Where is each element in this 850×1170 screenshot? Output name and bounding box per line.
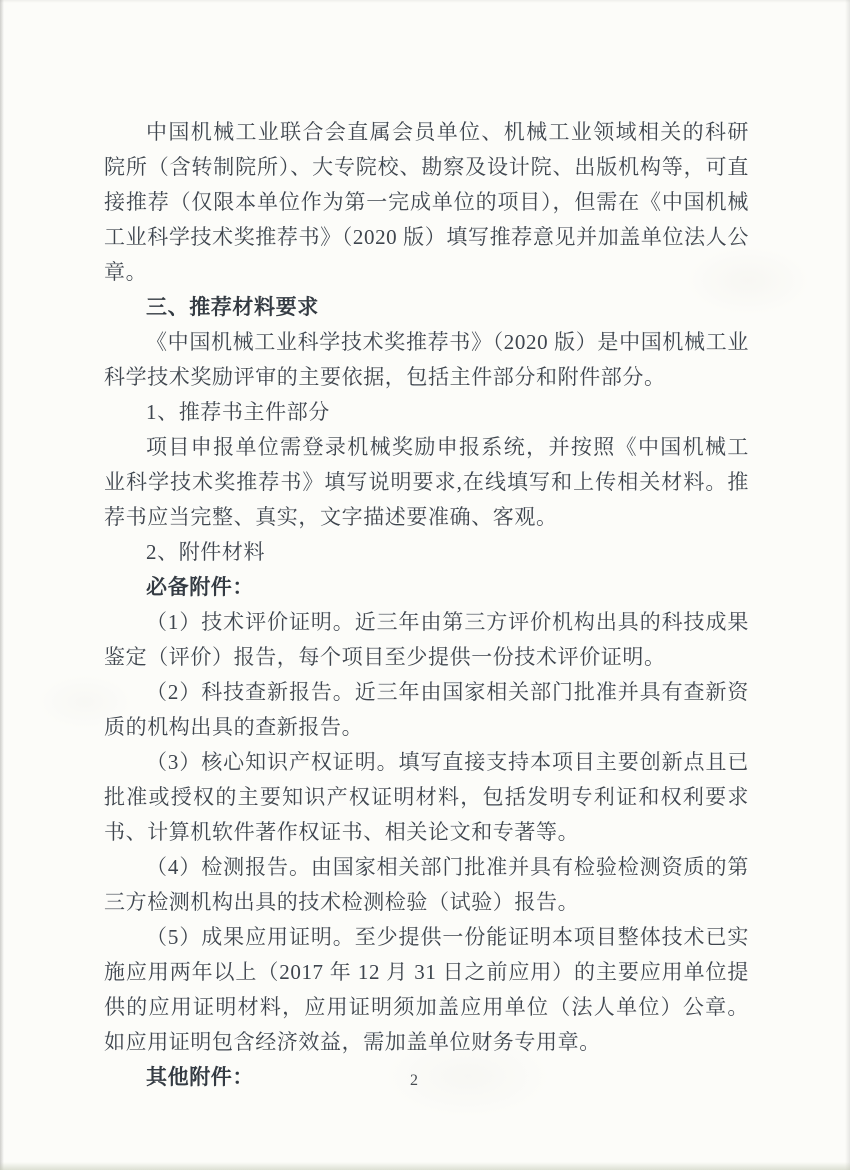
body-paragraph: （4）检测报告。由国家相关部门批准并具有检验检测资质的第三方检测机构出具的技术检…: [104, 850, 749, 920]
body-paragraph: （3）核心知识产权证明。填写直接支持本项目主要创新点且已批准或授权的主要知识产权…: [104, 745, 749, 850]
document-body: 中国机械工业联合会直属会员单位、机械工业领域相关的科研院所（含转制院所）、大专院…: [104, 115, 749, 1095]
body-paragraph: （2）科技查新报告。近三年由国家相关部门批准并具有查新资质的机构出具的查新报告。: [104, 675, 749, 745]
page-number: 2: [0, 1072, 839, 1090]
scan-edge-right: [845, 0, 850, 1170]
bold-label: 必备附件：: [104, 570, 749, 605]
body-paragraph: （5）成果应用证明。至少提供一份能证明本项目整体技术已实施应用两年以上（2017…: [104, 920, 749, 1060]
body-paragraph: （1）技术评价证明。近三年由第三方评价机构出具的科技成果鉴定（评价）报告，每个项…: [104, 605, 749, 675]
section-heading: 三、推荐材料要求: [104, 290, 749, 325]
sub-heading: 1、推荐书主件部分: [104, 395, 749, 430]
sub-heading: 2、附件材料: [104, 535, 749, 570]
body-paragraph: 《中国机械工业科学技术奖推荐书》（2020 版）是中国机械工业科学技术奖励评审的…: [104, 325, 749, 395]
scan-edge-bottom: [0, 1162, 850, 1170]
body-paragraph: 项目申报单位需登录机械奖励申报系统，并按照《中国机械工业科学技术奖推荐书》填写说…: [104, 430, 749, 535]
body-paragraph: 中国机械工业联合会直属会员单位、机械工业领域相关的科研院所（含转制院所）、大专院…: [104, 115, 749, 290]
scanned-page: 中国机械工业联合会直属会员单位、机械工业领域相关的科研院所（含转制院所）、大专院…: [0, 0, 850, 1170]
scan-edge-left: [0, 0, 4, 1170]
scan-edge-top: [0, 0, 850, 3]
